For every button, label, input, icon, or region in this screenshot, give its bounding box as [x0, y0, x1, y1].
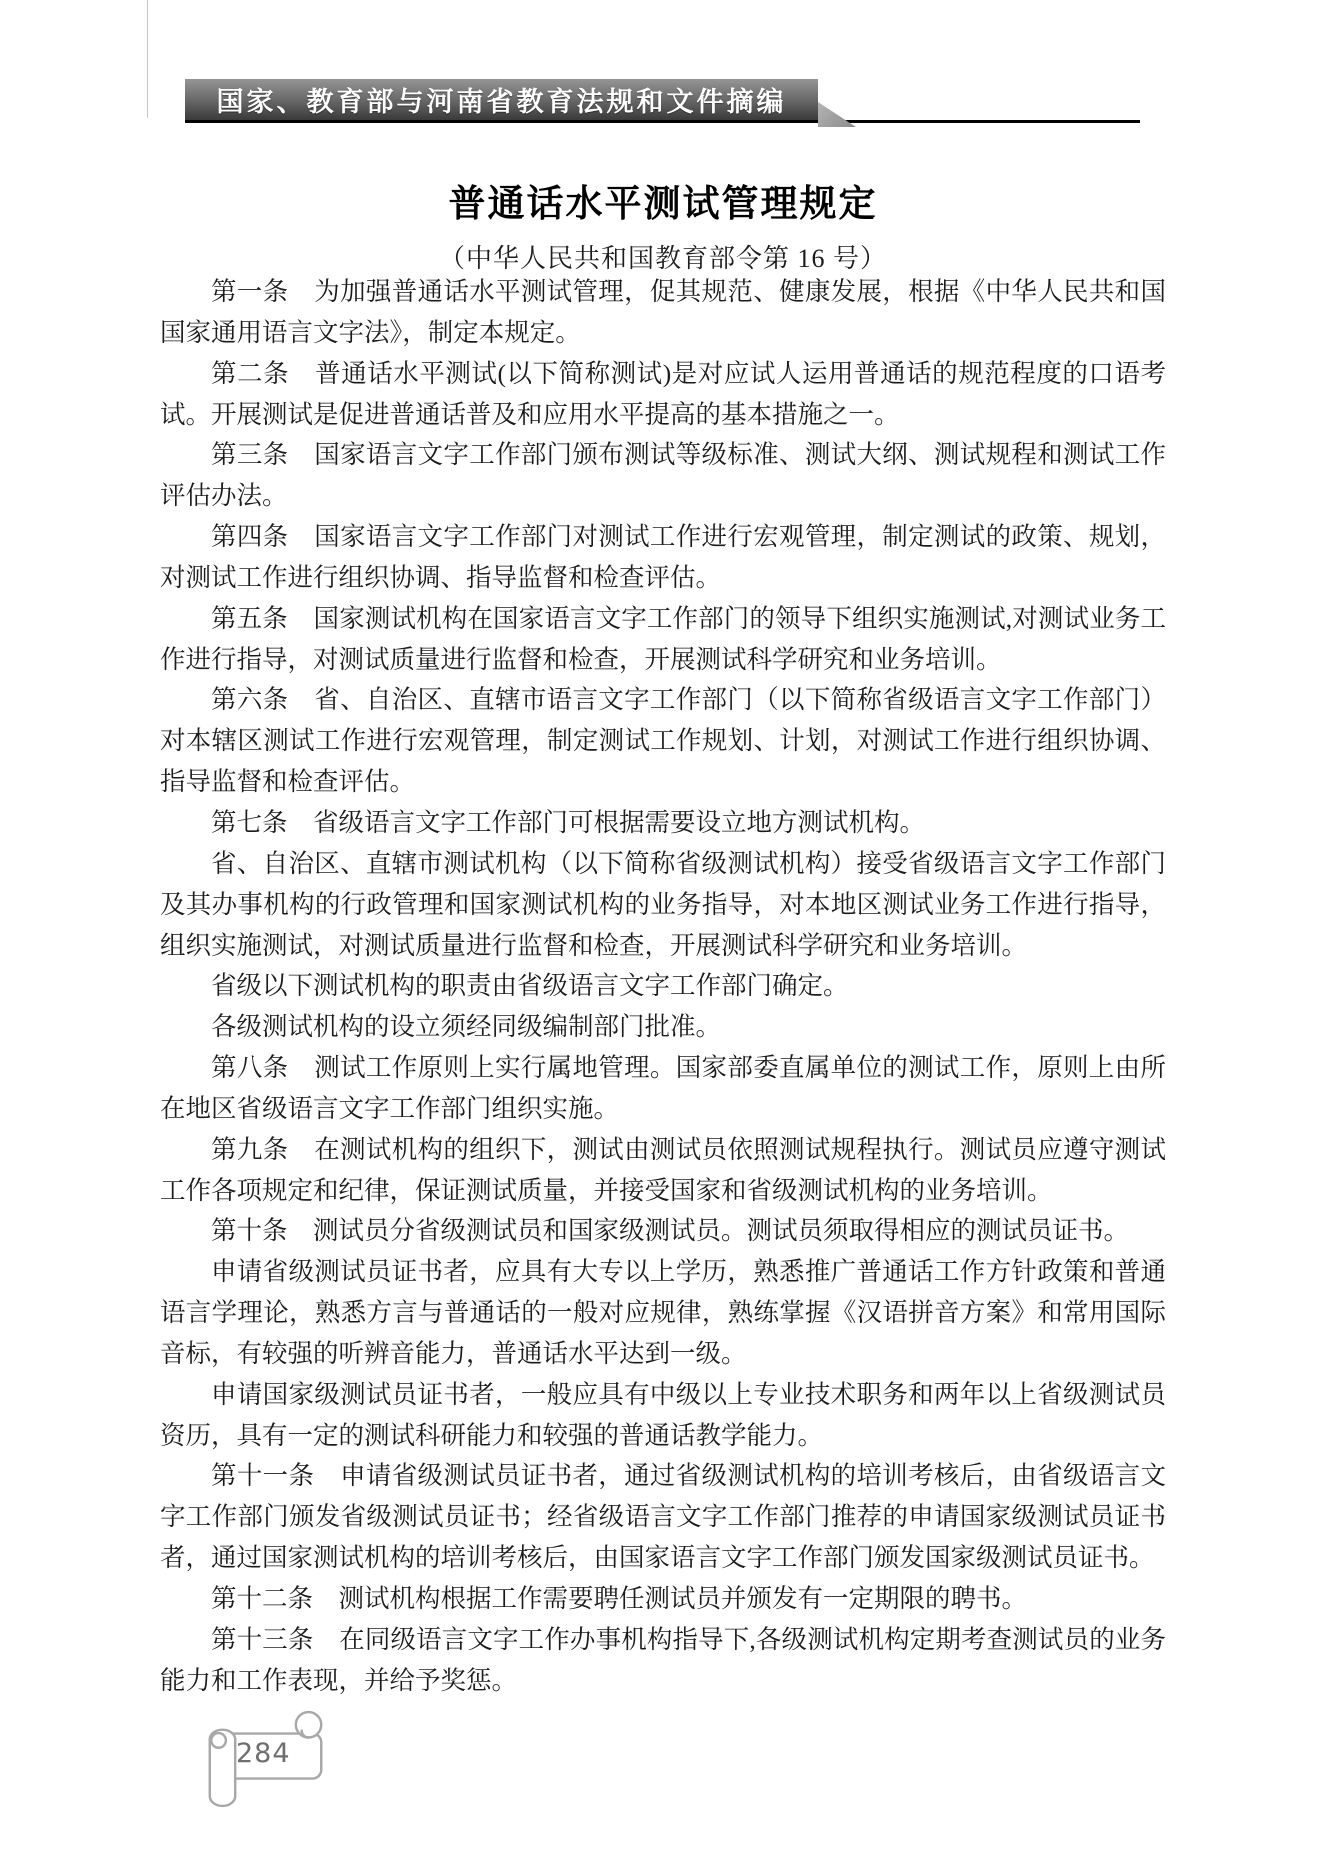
body-paragraph: 第十一条 申请省级测试员证书者，通过省级测试机构的培训考核后，由省级语言文字工作… — [160, 1456, 1166, 1579]
document-subtitle: （中华人民共和国教育部令第 16 号） — [160, 238, 1166, 275]
body-paragraph: 第九条 在测试机构的组织下，测试由测试员依照测试规程执行。测试员应遵守测试工作各… — [160, 1130, 1166, 1212]
body-paragraph: 第十二条 测试机构根据工作需要聘任测试员并颁发有一定期限的聘书。 — [160, 1579, 1166, 1620]
body-paragraph: 第十条 测试员分省级测试员和国家级测试员。测试员须取得相应的测试员证书。 — [160, 1211, 1166, 1252]
body-paragraph: 申请国家级测试员证书者，一般应具有中级以上专业技术职务和两年以上省级测试员资历，… — [160, 1375, 1166, 1457]
body-paragraph: 第三条 国家语言文字工作部门颁布测试等级标准、测试大纲、测试规程和测试工作评估办… — [160, 435, 1166, 517]
body-paragraph: 第八条 测试工作原则上实行属地管理。国家部委直属单位的测试工作，原则上由所在地区… — [160, 1048, 1166, 1130]
body-paragraph: 第六条 省、自治区、直辖市语言文字工作部门（以下简称省级语言文字工作部门）对本辖… — [160, 680, 1166, 803]
body-paragraph: 各级测试机构的设立须经同级编制部门批准。 — [160, 1007, 1166, 1048]
page-edge-line — [147, 0, 148, 118]
body-paragraph: 省级以下测试机构的职责由省级语言文字工作部门确定。 — [160, 966, 1166, 1007]
body-paragraph: 第五条 国家测试机构在国家语言文字工作部门的领导下组织实施测试,对测试业务工作进… — [160, 599, 1166, 681]
body-paragraph: 第四条 国家语言文字工作部门对测试工作进行宏观管理，制定测试的政策、规划，对测试… — [160, 517, 1166, 599]
body-paragraph: 第七条 省级语言文字工作部门可根据需要设立地方测试机构。 — [160, 803, 1166, 844]
document-body: 第一条 为加强普通话水平测试管理，促其规范、健康发展，根据《中华人民共和国国家通… — [160, 272, 1166, 1702]
body-paragraph: 申请省级测试员证书者，应具有大专以上学历，熟悉推广普通话工作方针政策和普通语言学… — [160, 1252, 1166, 1375]
document-page: { "header": { "banner_title": "国家、教育部与河南… — [0, 0, 1323, 1871]
banner-ribbon-fold-icon — [818, 102, 856, 127]
body-paragraph: 第二条 普通话水平测试(以下简称测试)是对应试人运用普通话的规范程度的口语考试。… — [160, 354, 1166, 436]
body-paragraph: 省、自治区、直辖市测试机构（以下简称省级测试机构）接受省级语言文字工作部门及其办… — [160, 844, 1166, 967]
body-paragraph: 第一条 为加强普通话水平测试管理，促其规范、健康发展，根据《中华人民共和国国家通… — [160, 272, 1166, 354]
body-paragraph: 第十三条 在同级语言文字工作办事机构指导下,各级测试机构定期考查测试员的业务能力… — [160, 1620, 1166, 1702]
page-number: 284 — [236, 1738, 316, 1769]
header-underline — [185, 120, 1140, 123]
document-title: 普通话水平测试管理规定 — [160, 173, 1166, 227]
header-banner: 国家、教育部与河南省教育法规和文件摘编 — [185, 79, 818, 120]
header-banner-title: 国家、教育部与河南省教育法规和文件摘编 — [217, 80, 787, 119]
